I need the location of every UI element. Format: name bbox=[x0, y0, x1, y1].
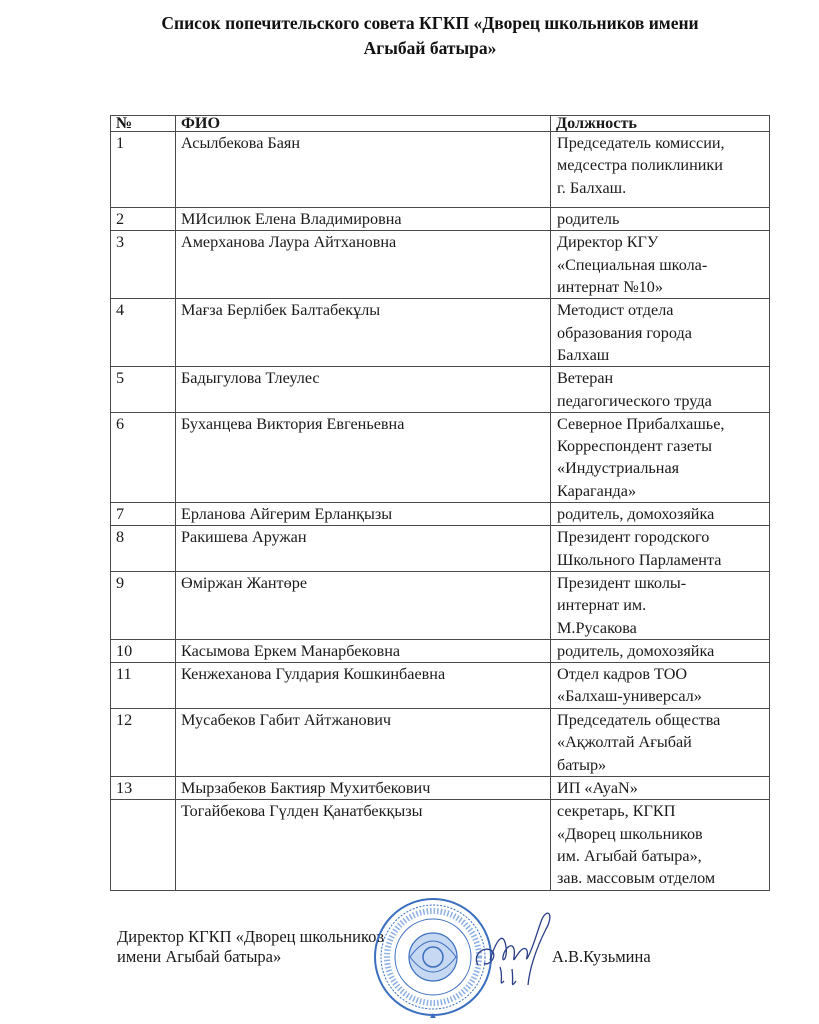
header-number: № bbox=[111, 116, 176, 132]
position-line: Северное Прибалхашье, bbox=[557, 413, 767, 435]
position-line: секретарь, КГКП bbox=[557, 800, 767, 822]
position-line: интернат №10» bbox=[557, 276, 767, 298]
cell-name: Буханцева Виктория Евгеньевна bbox=[176, 412, 551, 502]
table-row: 11Кенжеханова Гулдария КошкинбаевнаОтдел… bbox=[111, 663, 770, 709]
cell-position: Председатель комиссии,медсестра поликлин… bbox=[551, 132, 770, 208]
position-line: Корреспондент газеты bbox=[557, 435, 767, 457]
table-row: 12Мусабеков Габит АйтжановичПредседатель… bbox=[111, 709, 770, 777]
cell-name: Ерланова Айгерим Ерланқызы bbox=[176, 503, 551, 526]
position-line: Председатель комиссии, bbox=[557, 132, 767, 154]
position-line: родитель, домохозяйка bbox=[557, 503, 767, 525]
position-line: Методист отдела bbox=[557, 299, 767, 321]
signature-title-line-1: Директор КГКП «Дворец школьников bbox=[117, 927, 384, 947]
table-row: 1Асылбекова БаянПредседатель комиссии,ме… bbox=[111, 132, 770, 208]
cell-position: родитель, домохозяйка bbox=[551, 639, 770, 662]
cell-number: 3 bbox=[111, 231, 176, 299]
position-line: Караганда» bbox=[557, 480, 767, 502]
cell-position: Председатель общества«Ақжолтай Ағыбайбат… bbox=[551, 709, 770, 777]
table-row: 6Буханцева Виктория ЕвгеньевнаСеверное П… bbox=[111, 412, 770, 502]
position-line: медсестра поликлиники bbox=[557, 154, 767, 176]
position-line: ИП «AyaN» bbox=[557, 777, 767, 799]
signature-title-line-2: имени Агыбай батыра» bbox=[117, 947, 384, 967]
cell-number: 11 bbox=[111, 663, 176, 709]
cell-position: Президент городскогоШкольного Парламента bbox=[551, 526, 770, 572]
director-name: А.В.Кузьмина bbox=[552, 947, 651, 967]
signature-block: Директор КГКП «Дворец школьников имени А… bbox=[117, 927, 384, 967]
cell-name: Ракишева Аружан bbox=[176, 526, 551, 572]
cell-number: 2 bbox=[111, 208, 176, 231]
cell-position: родитель bbox=[551, 208, 770, 231]
position-line: «Балхаш-универсал» bbox=[557, 685, 767, 707]
title-line-2: Агыбай батыра» bbox=[100, 36, 760, 61]
table-row: 8Ракишева АружанПрезидент городскогоШкол… bbox=[111, 526, 770, 572]
cell-name: Тогайбекова Гүлден Қанатбекқызы bbox=[176, 800, 551, 891]
position-line: интернат им. bbox=[557, 594, 767, 616]
document-title: Список попечительского совета КГКП «Двор… bbox=[100, 11, 760, 61]
cell-number: 6 bbox=[111, 412, 176, 502]
cell-name: Мырзабеков Бактияр Мухитбекович bbox=[176, 777, 551, 800]
cell-name: Өміржан Жантөре bbox=[176, 571, 551, 639]
title-line-1: Список попечительского совета КГКП «Двор… bbox=[100, 11, 760, 36]
table-row: 5Бадыгулова ТлеулесВетеранпедагогическог… bbox=[111, 367, 770, 413]
position-line: Отдел кадров ТОО bbox=[557, 663, 767, 685]
cell-position: ИП «AyaN» bbox=[551, 777, 770, 800]
cell-name: МИсилюк Елена Владимировна bbox=[176, 208, 551, 231]
table-row: 7Ерланова Айгерим Ерланқызыродитель, дом… bbox=[111, 503, 770, 526]
cell-position: Директор КГУ«Специальная школа-интернат … bbox=[551, 231, 770, 299]
table-row: 10Касымова Еркем Манарбековнародитель, д… bbox=[111, 639, 770, 662]
members-table: № ФИО Должность 1Асылбекова БаянПредседа… bbox=[110, 115, 770, 891]
handwritten-signature-icon bbox=[470, 905, 560, 995]
table-header-row: № ФИО Должность bbox=[111, 116, 770, 132]
header-position: Должность bbox=[551, 116, 770, 132]
cell-number: 12 bbox=[111, 709, 176, 777]
position-line: «Специальная школа- bbox=[557, 254, 767, 276]
position-line: родитель bbox=[557, 208, 767, 230]
position-line: Президент городского bbox=[557, 526, 767, 548]
position-line: им. Агыбай батыра», bbox=[557, 845, 767, 867]
cell-number: 13 bbox=[111, 777, 176, 800]
cell-name: Кенжеханова Гулдария Кошкинбаевна bbox=[176, 663, 551, 709]
cell-position: Ветеранпедагогического труда bbox=[551, 367, 770, 413]
cell-number: 10 bbox=[111, 639, 176, 662]
cell-name: Асылбекова Баян bbox=[176, 132, 551, 208]
cell-number: 1 bbox=[111, 132, 176, 208]
position-line: «Дворец школьников bbox=[557, 823, 767, 845]
position-line: «Ақжолтай Ағыбай bbox=[557, 731, 767, 753]
cell-name: Мағза Берлібек Балтабекұлы bbox=[176, 299, 551, 367]
cell-position: Северное Прибалхашье,Корреспондент газет… bbox=[551, 412, 770, 502]
position-line: Балхаш bbox=[557, 344, 767, 366]
table-row: 4Мағза Берлібек БалтабекұлыМетодист отде… bbox=[111, 299, 770, 367]
table-row: 3Амерханова Лаура АйтхановнаДиректор КГУ… bbox=[111, 231, 770, 299]
cell-name: Бадыгулова Тлеулес bbox=[176, 367, 551, 413]
position-line: г. Балхаш. bbox=[557, 177, 767, 199]
cell-name: Касымова Еркем Манарбековна bbox=[176, 639, 551, 662]
table-row: 2МИсилюк Елена Владимировнародитель bbox=[111, 208, 770, 231]
position-line: образования города bbox=[557, 322, 767, 344]
cell-number: 9 bbox=[111, 571, 176, 639]
position-line: педагогического труда bbox=[557, 390, 767, 412]
cell-number: 5 bbox=[111, 367, 176, 413]
header-name: ФИО bbox=[176, 116, 551, 132]
table-row: 13Мырзабеков Бактияр МухитбековичИП «Aya… bbox=[111, 777, 770, 800]
position-line: родитель, домохозяйка bbox=[557, 640, 767, 662]
cell-number: 4 bbox=[111, 299, 176, 367]
position-line: Ветеран bbox=[557, 367, 767, 389]
cell-position: секретарь, КГКП«Дворец школьниковим. Агы… bbox=[551, 800, 770, 891]
cell-name: Амерханова Лаура Айтхановна bbox=[176, 231, 551, 299]
cell-number: 8 bbox=[111, 526, 176, 572]
position-line: Школьного Парламента bbox=[557, 549, 767, 571]
position-line: Председатель общества bbox=[557, 709, 767, 731]
cell-position: Методист отделаобразования городаБалхаш bbox=[551, 299, 770, 367]
cell-number: 7 bbox=[111, 503, 176, 526]
position-line: батыр» bbox=[557, 754, 767, 776]
table-body: 1Асылбекова БаянПредседатель комиссии,ме… bbox=[111, 132, 770, 891]
cell-position: родитель, домохозяйка bbox=[551, 503, 770, 526]
position-line: «Индустриальная bbox=[557, 457, 767, 479]
cell-name: Мусабеков Габит Айтжанович bbox=[176, 709, 551, 777]
cell-number bbox=[111, 800, 176, 891]
position-line: М.Русакова bbox=[557, 617, 767, 639]
position-line: Президент школы- bbox=[557, 572, 767, 594]
cell-position: Президент школы-интернат им.М.Русакова bbox=[551, 571, 770, 639]
table-row: 9Өміржан ЖантөреПрезидент школы-интернат… bbox=[111, 571, 770, 639]
position-line: Директор КГУ bbox=[557, 231, 767, 253]
table-row: Тогайбекова Гүлден Қанатбекқызысекретарь… bbox=[111, 800, 770, 891]
position-line: зав. массовым отделом bbox=[557, 867, 767, 889]
cell-position: Отдел кадров ТОО«Балхаш-универсал» bbox=[551, 663, 770, 709]
